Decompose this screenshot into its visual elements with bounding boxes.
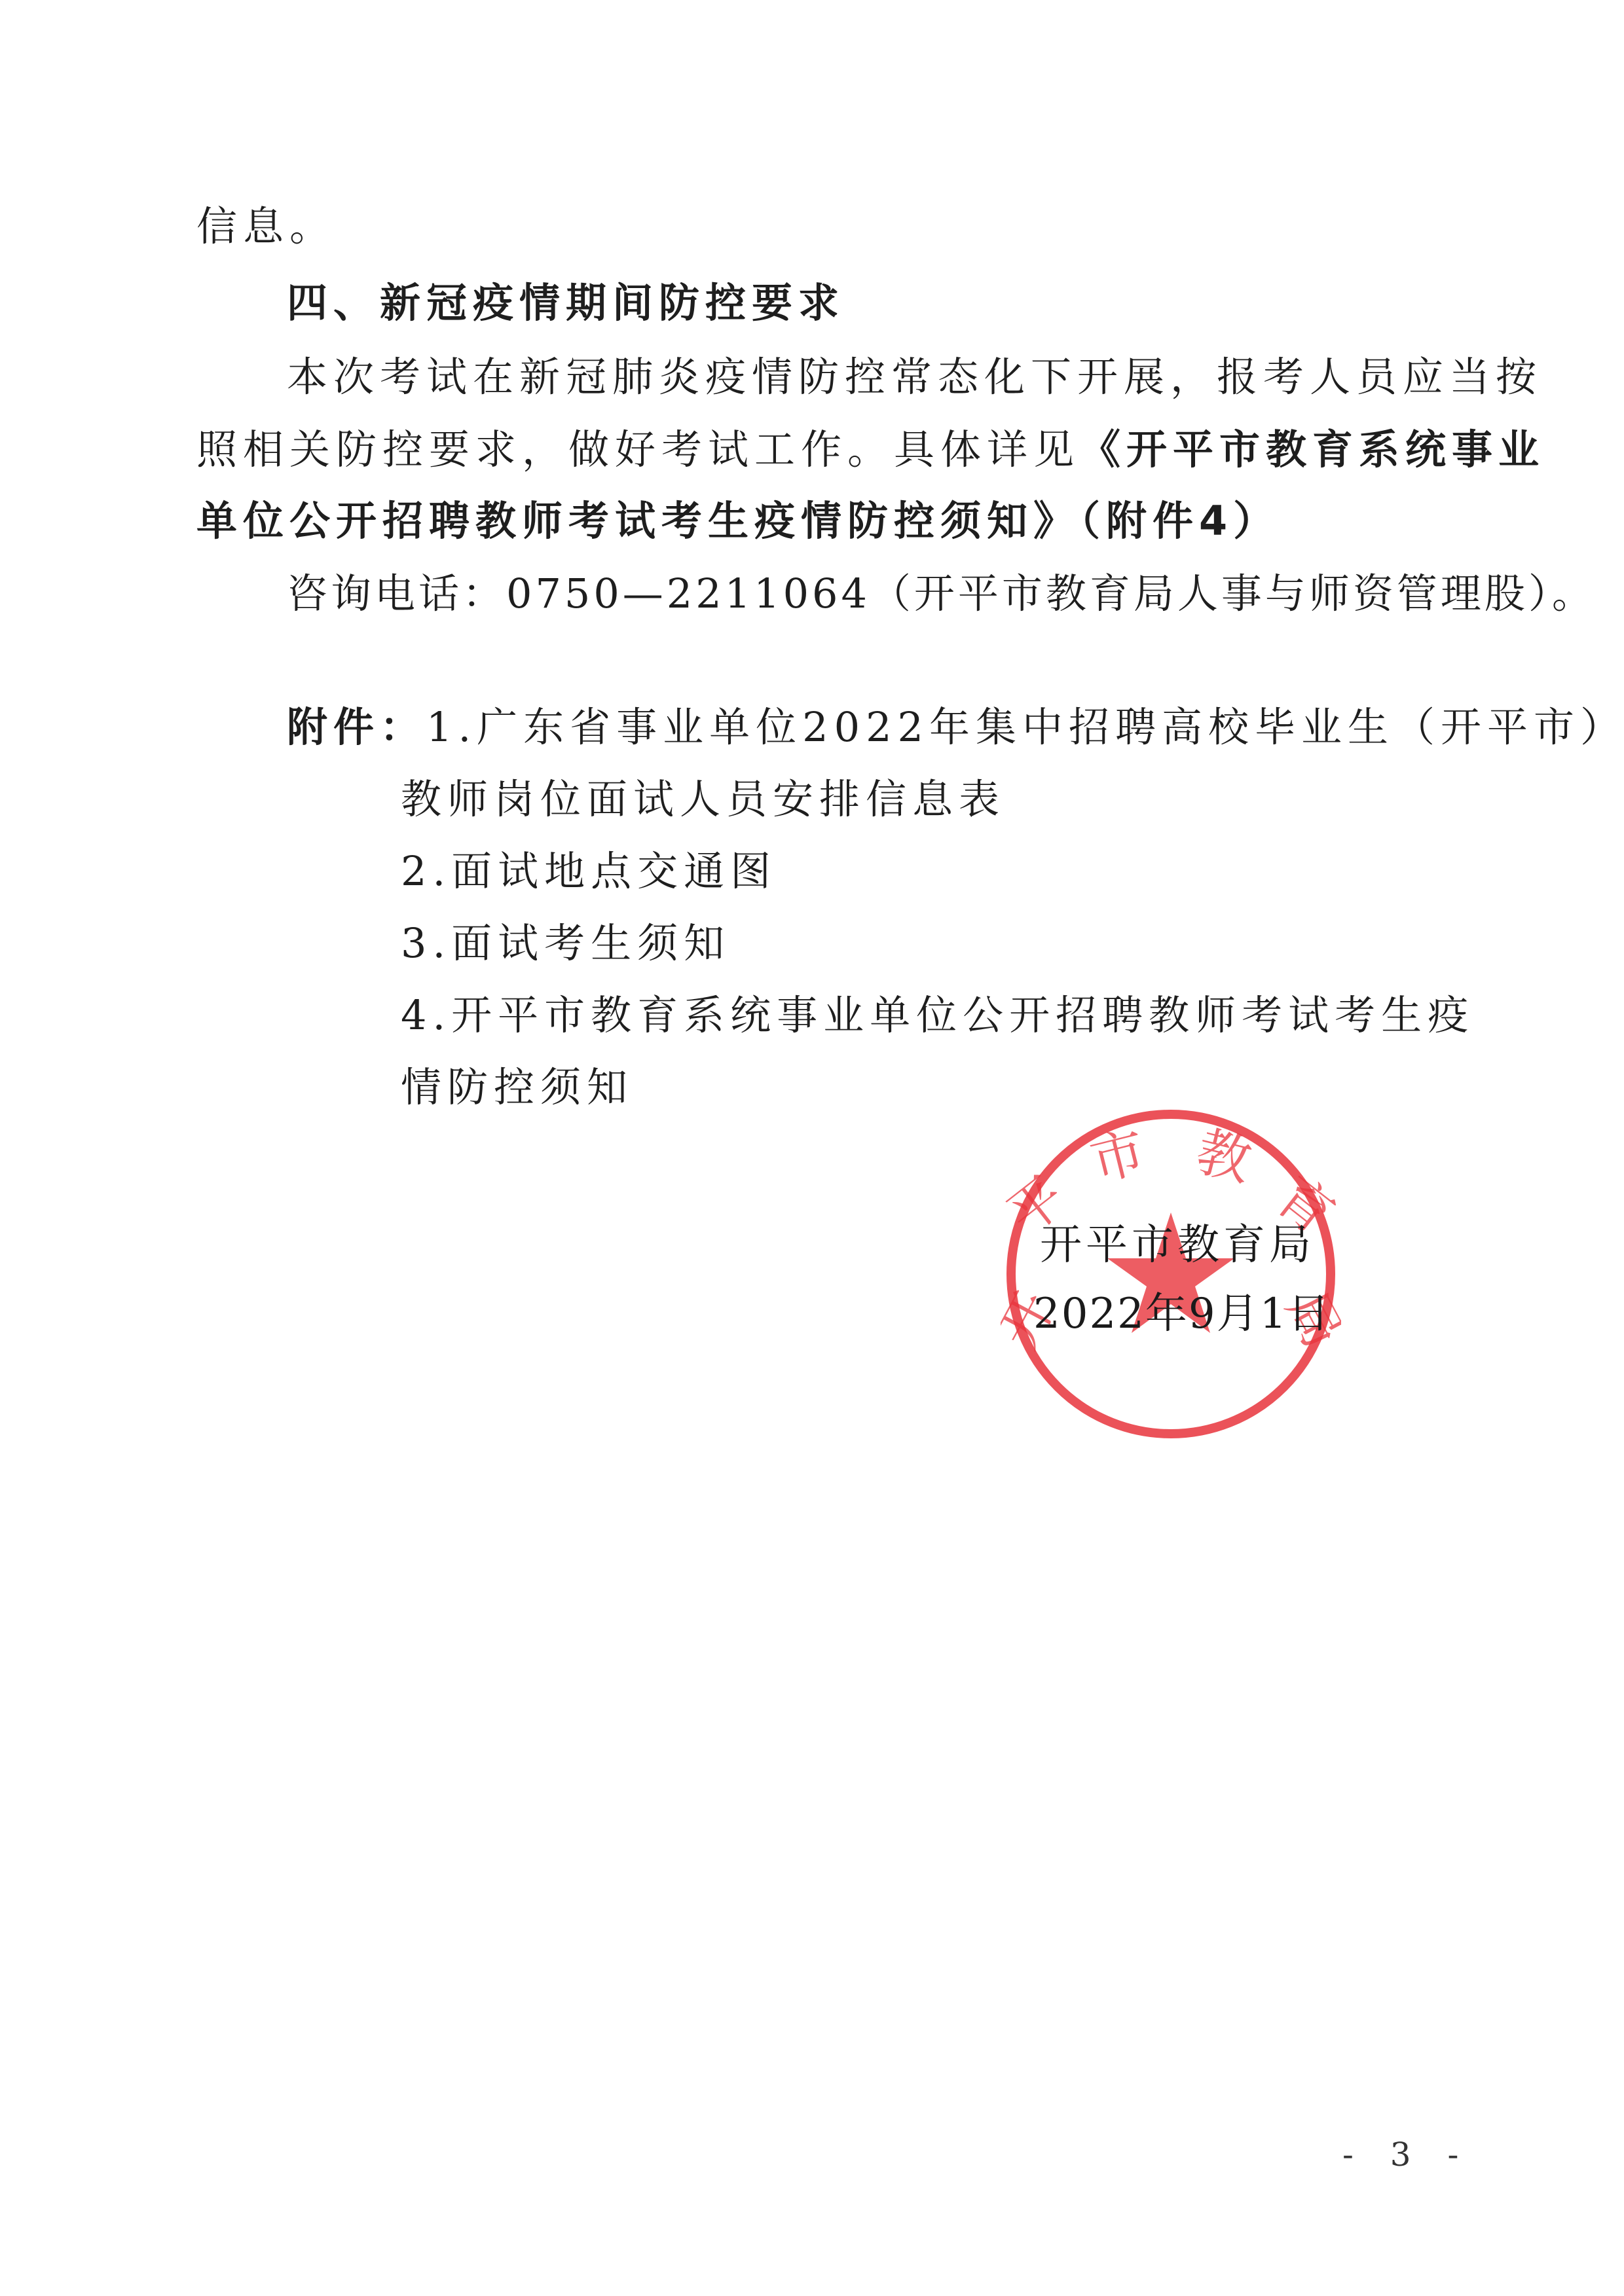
paragraph-line-3: 单位公开招聘教师考试考生疫情防控须知》（附件4） (196, 501, 1280, 541)
paragraph-line-1: 本次考试在新冠肺炎疫情防控常态化下开展，报考人员应当按 (287, 357, 1542, 397)
official-seal-icon: 开 平 市 教 育 局 (1001, 1102, 1341, 1443)
seal-char: 市 (1084, 1120, 1152, 1194)
attachment-item-4: 4.开平市教育系统事业单位公开招聘教师考试考生疫 (401, 995, 1474, 1036)
notice-title-part-2: 单位公开招聘教师考试考生疫情防控须知》 (196, 497, 1080, 545)
notice-title-part-1: 《开平市教育系统事业 (1080, 426, 1545, 473)
attachment-item-4-cont: 情防控须知 (401, 1067, 633, 1108)
section-heading: 四、新冠疫情期间防控要求 (287, 283, 845, 323)
attachments-label: 附件： (287, 703, 426, 751)
attachment-item-2: 2.面试地点交通图 (401, 851, 777, 892)
continuation-text: 信息。 (196, 206, 336, 247)
attachment-item-1-cont: 教师岗位面试人员安排信息表 (401, 779, 1005, 820)
attachment-item-3: 3.面试考生须知 (401, 923, 730, 964)
attachment-reference: （附件4） (1080, 497, 1280, 545)
attachment-item-1: 附件：1.广东省事业单位2022年集中招聘高校毕业生（开平市） (287, 707, 1624, 748)
paragraph-line-2: 照相关防控要求，做好考试工作。具体详见《开平市教育系统事业 (196, 429, 1545, 470)
issuer-name: 开平市教育局 (1040, 1224, 1315, 1266)
paragraph-line-2-text: 照相关防控要求，做好考试工作。具体详见 (196, 426, 1080, 473)
seal-char: 教 (1190, 1120, 1257, 1194)
issue-date: 2022年9月1日 (1033, 1293, 1331, 1335)
attachment-item-1-text: 1.广东省事业单位2022年集中招聘高校毕业生（开平市） (426, 703, 1624, 751)
page-number: - 3 - (1342, 2136, 1471, 2174)
contact-line: 咨询电话：0750—2211064（开平市教育局人事与师资管理股）。 (287, 574, 1596, 614)
